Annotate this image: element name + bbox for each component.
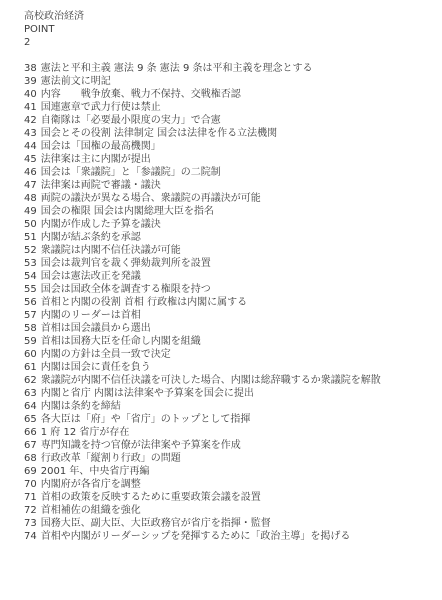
line-number: 68 <box>24 453 37 464</box>
line-text: 各大臣は「府」や「省庁」のトップとして指揮 <box>41 414 251 425</box>
line-text: 国会は国政全体を調査する権限を持つ <box>41 284 211 295</box>
document-header: 高校政治経済 POINT 2 <box>24 10 424 49</box>
document-line: 51内閣が結ぶ条約を承認 <box>24 231 424 244</box>
line-number: 71 <box>24 492 37 503</box>
document-line: 40内容 戦争放棄、戦力不保持、交戦権否認 <box>24 88 424 101</box>
line-text: 専門知識を持つ官僚が法律案や予算案を作成 <box>41 440 241 451</box>
document-line: 62衆議院が内閣不信任決議を可決した場合、内閣は総辞職するか衆議院を解散 <box>24 374 424 387</box>
line-number: 61 <box>24 362 37 373</box>
line-text: 首相は国会議員から選出 <box>41 323 151 334</box>
document-line: 56首相と内閣の役割 首相 行政権は内閣に属する <box>24 296 424 309</box>
line-text: 内閣が作成した予算を議決 <box>41 219 161 230</box>
document-line: 55国会は国政全体を調査する権限を持つ <box>24 283 424 296</box>
document-line: 67専門知識を持つ官僚が法律案や予算案を作成 <box>24 439 424 452</box>
document-line: 50内閣が作成した予算を議決 <box>24 218 424 231</box>
line-number: 50 <box>24 219 37 230</box>
document-line: 44国会は「国権の最高機関」 <box>24 140 424 153</box>
line-number: 70 <box>24 479 37 490</box>
document-line: 42自衛隊は「必要最小限度の実力」で合憲 <box>24 114 424 127</box>
line-text: 内容 戦争放棄、戦力不保持、交戦権否認 <box>41 89 241 100</box>
page-number: 2 <box>24 36 424 49</box>
document-line: 60内閣の方針は全員一致で決定 <box>24 348 424 361</box>
line-text: 国会は「衆議院」と「参議院」の二院制 <box>41 167 221 178</box>
line-number: 56 <box>24 297 37 308</box>
line-text: 衆議院は内閣不信任決議が可能 <box>41 245 181 256</box>
line-number: 49 <box>24 206 37 217</box>
document-line: 661 府 12 省庁が存在 <box>24 426 424 439</box>
line-text: 行政改革「縦割り行政」の問題 <box>41 453 181 464</box>
line-number: 55 <box>24 284 37 295</box>
line-text: 憲法前文に明記 <box>41 76 111 87</box>
line-number: 69 <box>24 466 37 477</box>
document-line: 73国務大臣、副大臣、大臣政務官が省庁を指揮・監督 <box>24 517 424 530</box>
line-number: 52 <box>24 245 37 256</box>
line-text: 国会とその役割 法律制定 国会は法律を作る立法機関 <box>41 128 277 139</box>
line-number: 66 <box>24 427 37 438</box>
document-line: 72首相補佐の組織を強化 <box>24 504 424 517</box>
line-text: 国会は「国権の最高機関」 <box>41 141 161 152</box>
line-text: 国会の権限 国会は内閣総理大臣を指名 <box>41 206 214 217</box>
line-text: 首相は国務大臣を任命し内閣を組織 <box>41 336 201 347</box>
line-number: 38 <box>24 63 37 74</box>
line-number: 74 <box>24 531 37 542</box>
line-text: 首相の政策を反映するために重要政策会議を設置 <box>41 492 261 503</box>
document-body: 38憲法と平和主義 憲法 9 条 憲法 9 条は平和主義を理念とする 39憲法前… <box>24 62 424 543</box>
document-line: 59首相は国務大臣を任命し内閣を組織 <box>24 335 424 348</box>
line-text: 憲法と平和主義 憲法 9 条 憲法 9 条は平和主義を理念とする <box>41 63 313 74</box>
document-line: 39憲法前文に明記 <box>24 75 424 88</box>
line-number: 63 <box>24 388 37 399</box>
line-number: 45 <box>24 154 37 165</box>
line-number: 65 <box>24 414 37 425</box>
line-number: 42 <box>24 115 37 126</box>
document-line: 64内閣は条約を締結 <box>24 400 424 413</box>
document-line: 63内閣と省庁 内閣は法律案や予算案を国会に提出 <box>24 387 424 400</box>
line-text: 首相補佐の組織を強化 <box>41 505 141 516</box>
line-text: 国連憲章で武力行使は禁止 <box>41 102 161 113</box>
line-text: 2001 年、中央省庁再編 <box>41 466 150 477</box>
line-number: 73 <box>24 518 37 529</box>
line-text: 内閣は条約を締結 <box>41 401 121 412</box>
line-number: 60 <box>24 349 37 360</box>
document-line: 45法律案は主に内閣が提出 <box>24 153 424 166</box>
document-line: 54国会は憲法改正を発議 <box>24 270 424 283</box>
line-text: 国会は憲法改正を発議 <box>41 271 141 282</box>
line-text: 内閣府が各省庁を調整 <box>41 479 141 490</box>
document-subtitle: POINT <box>24 23 424 36</box>
document-line: 692001 年、中央省庁再編 <box>24 465 424 478</box>
line-number: 72 <box>24 505 37 516</box>
line-number: 43 <box>24 128 37 139</box>
line-number: 57 <box>24 310 37 321</box>
document-title: 高校政治経済 <box>24 10 424 23</box>
document-line: 53国会は裁判官を裁く弾劾裁判所を設置 <box>24 257 424 270</box>
line-number: 47 <box>24 180 37 191</box>
line-number: 44 <box>24 141 37 152</box>
document-line: 74首相や内閣がリーダーシップを発揮するために「政治主導」を掲げる <box>24 530 424 543</box>
line-number: 48 <box>24 193 37 204</box>
line-text: 首相や内閣がリーダーシップを発揮するために「政治主導」を掲げる <box>41 531 351 542</box>
line-text: 内閣と省庁 内閣は法律案や予算案を国会に提出 <box>41 388 254 399</box>
document-line: 47法律案は両院で審議・議決 <box>24 179 424 192</box>
document-line: 46国会は「衆議院」と「参議院」の二院制 <box>24 166 424 179</box>
document-line: 43国会とその役割 法律制定 国会は法律を作る立法機関 <box>24 127 424 140</box>
line-number: 58 <box>24 323 37 334</box>
line-text: 内閣は国会に責任を負う <box>41 362 151 373</box>
line-text: 内閣が結ぶ条約を承認 <box>41 232 141 243</box>
document-line: 57内閣のリーダーは首相 <box>24 309 424 322</box>
document-line: 41国連憲章で武力行使は禁止 <box>24 101 424 114</box>
line-text: 国務大臣、副大臣、大臣政務官が省庁を指揮・監督 <box>41 518 271 529</box>
document-line: 49国会の権限 国会は内閣総理大臣を指名 <box>24 205 424 218</box>
line-text: 1 府 12 省庁が存在 <box>41 427 130 438</box>
line-number: 67 <box>24 440 37 451</box>
document-line: 65各大臣は「府」や「省庁」のトップとして指揮 <box>24 413 424 426</box>
line-number: 40 <box>24 89 37 100</box>
line-number: 39 <box>24 76 37 87</box>
line-number: 54 <box>24 271 37 282</box>
document-page: 高校政治経済 POINT 2 38憲法と平和主義 憲法 9 条 憲法 9 条は平… <box>0 0 442 600</box>
line-text: 国会は裁判官を裁く弾劾裁判所を設置 <box>41 258 211 269</box>
document-line: 68行政改革「縦割り行政」の問題 <box>24 452 424 465</box>
line-number: 46 <box>24 167 37 178</box>
line-number: 62 <box>24 375 37 386</box>
line-text: 法律案は両院で審議・議決 <box>41 180 161 191</box>
line-text: 自衛隊は「必要最小限度の実力」で合憲 <box>41 115 221 126</box>
document-line: 70内閣府が各省庁を調整 <box>24 478 424 491</box>
line-number: 41 <box>24 102 37 113</box>
document-line: 52衆議院は内閣不信任決議が可能 <box>24 244 424 257</box>
line-text: 法律案は主に内閣が提出 <box>41 154 151 165</box>
line-text: 衆議院が内閣不信任決議を可決した場合、内閣は総辞職するか衆議院を解散 <box>41 375 381 386</box>
line-text: 内閣のリーダーは首相 <box>41 310 141 321</box>
line-number: 64 <box>24 401 37 412</box>
line-number: 59 <box>24 336 37 347</box>
document-line: 61内閣は国会に責任を負う <box>24 361 424 374</box>
line-number: 51 <box>24 232 37 243</box>
line-text: 内閣の方針は全員一致で決定 <box>41 349 171 360</box>
document-line: 71首相の政策を反映するために重要政策会議を設置 <box>24 491 424 504</box>
line-number: 53 <box>24 258 37 269</box>
line-text: 両院の議決が異なる場合、衆議院の再議決が可能 <box>41 193 261 204</box>
line-text: 首相と内閣の役割 首相 行政権は内閣に属する <box>41 297 247 308</box>
document-line: 48両院の議決が異なる場合、衆議院の再議決が可能 <box>24 192 424 205</box>
document-line: 58首相は国会議員から選出 <box>24 322 424 335</box>
document-line: 38憲法と平和主義 憲法 9 条 憲法 9 条は平和主義を理念とする <box>24 62 424 75</box>
